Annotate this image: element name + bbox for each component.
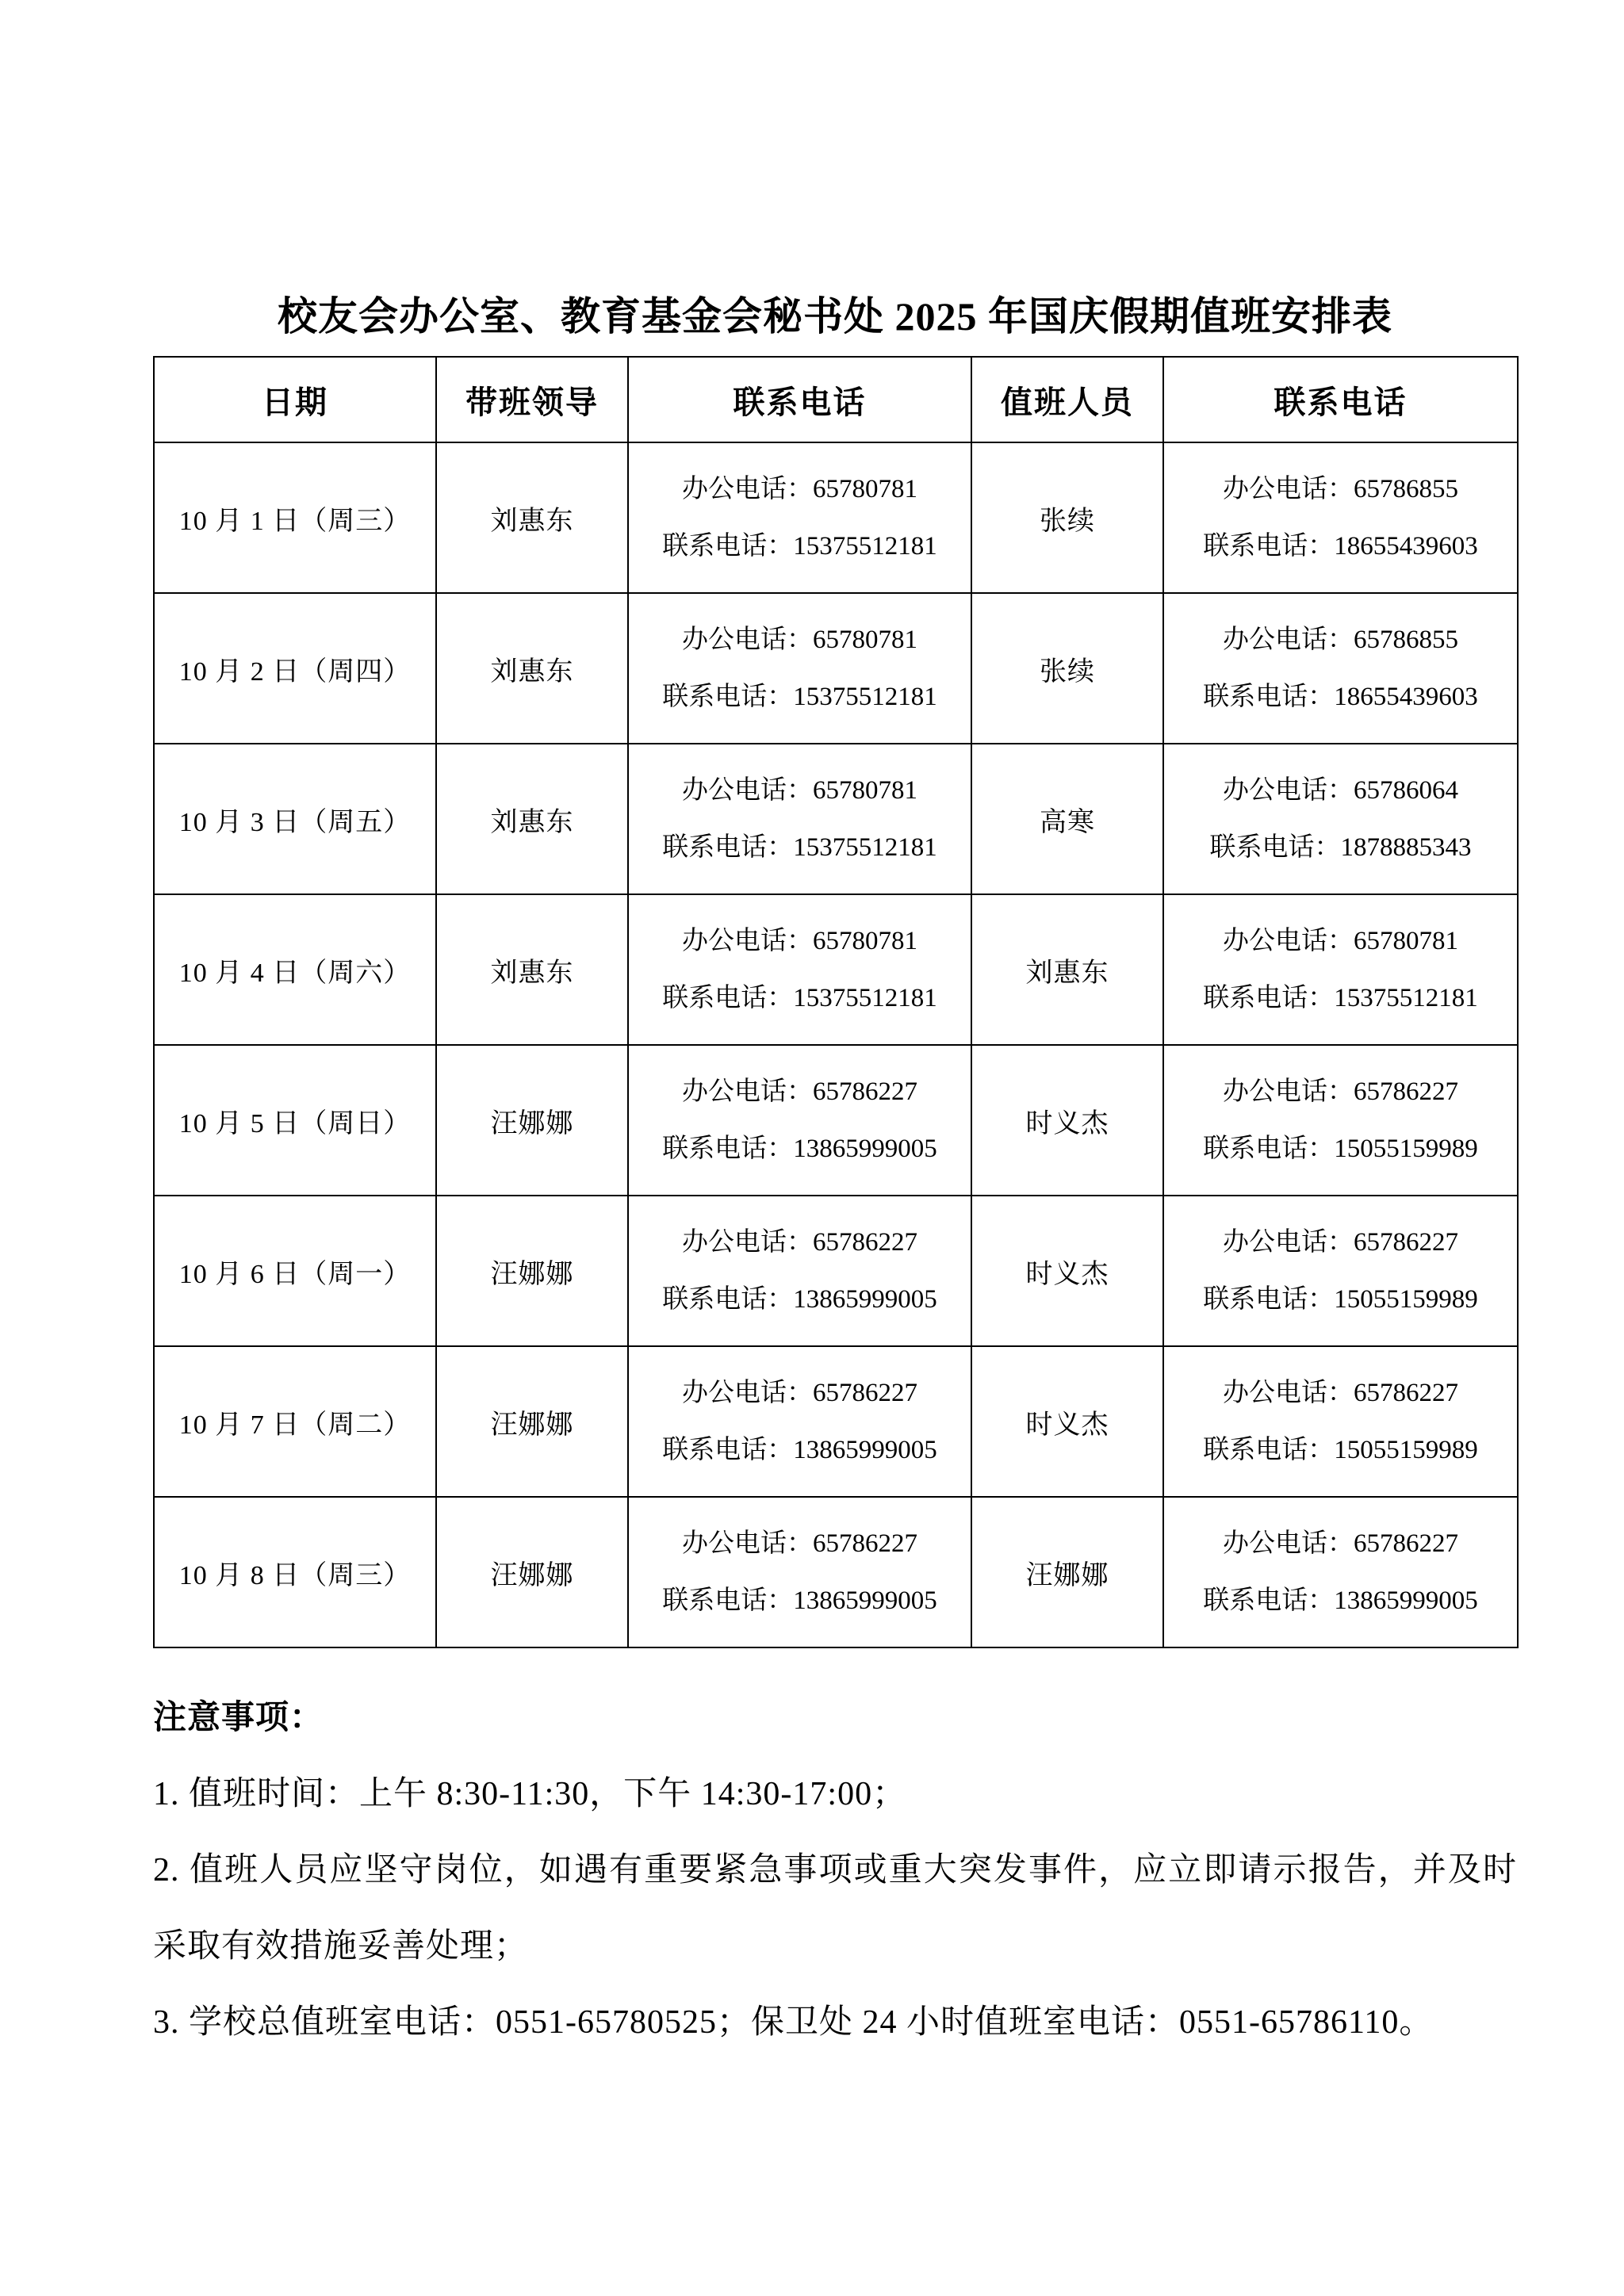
note-item-1: 1. 值班时间：上午 8:30-11:30，下午 14:30-17:00； [153,1756,1517,1832]
duty-schedule-table: 日期 带班领导 联系电话 值班人员 联系电话 10 月 1 日（周三） 刘惠东 … [153,356,1519,1648]
leader-phone-cell: 办公电话：65780781 联系电话：15375512181 [628,593,971,744]
date-cell: 10 月 5 日（周日） [154,1045,436,1196]
header-staff-phone: 联系电话 [1163,357,1518,442]
office-phone: 办公电话：65780781 [1164,913,1517,970]
staff-cell: 刘惠东 [971,894,1163,1045]
notes-section: 注意事项： 1. 值班时间：上午 8:30-11:30，下午 14:30-17:… [153,1680,1517,2061]
staff-cell: 张续 [971,593,1163,744]
date-cell: 10 月 7 日（周二） [154,1346,436,1497]
mobile-phone: 联系电话：1878885343 [1164,819,1517,876]
header-date: 日期 [154,357,436,442]
table-row: 10 月 6 日（周一） 汪娜娜 办公电话：65786227 联系电话：1386… [154,1196,1518,1346]
leader-phone-cell: 办公电话：65786227 联系电话：13865999005 [628,1346,971,1497]
leader-phone-cell: 办公电话：65780781 联系电话：15375512181 [628,894,971,1045]
header-leader: 带班领导 [436,357,628,442]
leader-cell: 汪娜娜 [436,1045,628,1196]
mobile-phone: 联系电话：13865999005 [629,1120,971,1177]
office-phone: 办公电话：65786064 [1164,762,1517,819]
office-phone: 办公电话：65786227 [1164,1515,1517,1572]
office-phone: 办公电话：65786855 [1164,461,1517,518]
staff-phone-cell: 办公电话：65786227 联系电话：13865999005 [1163,1497,1518,1647]
date-cell: 10 月 6 日（周一） [154,1196,436,1346]
mobile-phone: 联系电话：15055159989 [1164,1422,1517,1479]
date-cell: 10 月 8 日（周三） [154,1497,436,1647]
header-staff: 值班人员 [971,357,1163,442]
mobile-phone: 联系电话：13865999005 [1164,1572,1517,1629]
table-row: 10 月 2 日（周四） 刘惠东 办公电话：65780781 联系电话：1537… [154,593,1518,744]
office-phone: 办公电话：65786227 [629,1515,971,1572]
table-row: 10 月 4 日（周六） 刘惠东 办公电话：65780781 联系电话：1537… [154,894,1518,1045]
office-phone: 办公电话：65786227 [629,1214,971,1271]
date-cell: 10 月 3 日（周五） [154,744,436,894]
leader-cell: 汪娜娜 [436,1346,628,1497]
mobile-phone: 联系电话：15375512181 [629,518,971,575]
staff-cell: 高寒 [971,744,1163,894]
office-phone: 办公电话：65786227 [1164,1214,1517,1271]
date-cell: 10 月 4 日（周六） [154,894,436,1045]
note-item-3: 3. 学校总值班室电话：0551-65780525；保卫处 24 小时值班室电话… [153,1984,1517,2061]
leader-cell: 汪娜娜 [436,1196,628,1346]
leader-cell: 汪娜娜 [436,1497,628,1647]
staff-cell: 时义杰 [971,1346,1163,1497]
mobile-phone: 联系电话：15375512181 [629,819,971,876]
office-phone: 办公电话：65786227 [1164,1063,1517,1120]
table-row: 10 月 3 日（周五） 刘惠东 办公电话：65780781 联系电话：1537… [154,744,1518,894]
staff-phone-cell: 办公电话：65786227 联系电话：15055159989 [1163,1196,1518,1346]
office-phone: 办公电话：65780781 [629,611,971,668]
office-phone: 办公电话：65780781 [629,762,971,819]
office-phone: 办公电话：65786227 [629,1364,971,1422]
mobile-phone: 联系电话：15375512181 [1164,970,1517,1027]
table-header-row: 日期 带班领导 联系电话 值班人员 联系电话 [154,357,1518,442]
notes-heading: 注意事项： [153,1680,1517,1756]
leader-phone-cell: 办公电话：65780781 联系电话：15375512181 [628,744,971,894]
mobile-phone: 联系电话：13865999005 [629,1572,971,1629]
staff-phone-cell: 办公电话：65786855 联系电话：18655439603 [1163,442,1518,593]
leader-phone-cell: 办公电话：65786227 联系电话：13865999005 [628,1045,971,1196]
office-phone: 办公电话：65780781 [629,913,971,970]
date-cell: 10 月 1 日（周三） [154,442,436,593]
table-row: 10 月 5 日（周日） 汪娜娜 办公电话：65786227 联系电话：1386… [154,1045,1518,1196]
office-phone: 办公电话：65780781 [629,461,971,518]
staff-phone-cell: 办公电话：65786064 联系电话：1878885343 [1163,744,1518,894]
mobile-phone: 联系电话：15375512181 [629,970,971,1027]
leader-cell: 刘惠东 [436,593,628,744]
staff-phone-cell: 办公电话：65786855 联系电话：18655439603 [1163,593,1518,744]
leader-cell: 刘惠东 [436,744,628,894]
staff-cell: 时义杰 [971,1196,1163,1346]
staff-phone-cell: 办公电话：65786227 联系电话：15055159989 [1163,1346,1518,1497]
table-row: 10 月 1 日（周三） 刘惠东 办公电话：65780781 联系电话：1537… [154,442,1518,593]
table-row: 10 月 8 日（周三） 汪娜娜 办公电话：65786227 联系电话：1386… [154,1497,1518,1647]
leader-phone-cell: 办公电话：65780781 联系电话：15375512181 [628,442,971,593]
office-phone: 办公电话：65786227 [629,1063,971,1120]
mobile-phone: 联系电话：13865999005 [629,1422,971,1479]
date-cell: 10 月 2 日（周四） [154,593,436,744]
mobile-phone: 联系电话：15055159989 [1164,1271,1517,1328]
mobile-phone: 联系电话：15375512181 [629,668,971,725]
leader-phone-cell: 办公电话：65786227 联系电话：13865999005 [628,1196,971,1346]
staff-phone-cell: 办公电话：65786227 联系电话：15055159989 [1163,1045,1518,1196]
table-row: 10 月 7 日（周二） 汪娜娜 办公电话：65786227 联系电话：1386… [154,1346,1518,1497]
page-title: 校友会办公室、教育基金会秘书处 2025 年国庆假期值班安排表 [153,295,1517,339]
staff-cell: 张续 [971,442,1163,593]
staff-cell: 汪娜娜 [971,1497,1163,1647]
document-page: 校友会办公室、教育基金会秘书处 2025 年国庆假期值班安排表 日期 带班领导 … [0,0,1624,2296]
office-phone: 办公电话：65786227 [1164,1364,1517,1422]
header-leader-phone: 联系电话 [628,357,971,442]
leader-cell: 刘惠东 [436,442,628,593]
mobile-phone: 联系电话：18655439603 [1164,518,1517,575]
staff-cell: 时义杰 [971,1045,1163,1196]
document-content: 校友会办公室、教育基金会秘书处 2025 年国庆假期值班安排表 日期 带班领导 … [153,295,1517,2061]
mobile-phone: 联系电话：15055159989 [1164,1120,1517,1177]
mobile-phone: 联系电话：18655439603 [1164,668,1517,725]
office-phone: 办公电话：65786855 [1164,611,1517,668]
leader-phone-cell: 办公电话：65786227 联系电话：13865999005 [628,1497,971,1647]
note-item-2: 2. 值班人员应坚守岗位，如遇有重要紧急事项或重大突发事件，应立即请示报告，并及… [153,1832,1517,1984]
mobile-phone: 联系电话：13865999005 [629,1271,971,1328]
leader-cell: 刘惠东 [436,894,628,1045]
staff-phone-cell: 办公电话：65780781 联系电话：15375512181 [1163,894,1518,1045]
